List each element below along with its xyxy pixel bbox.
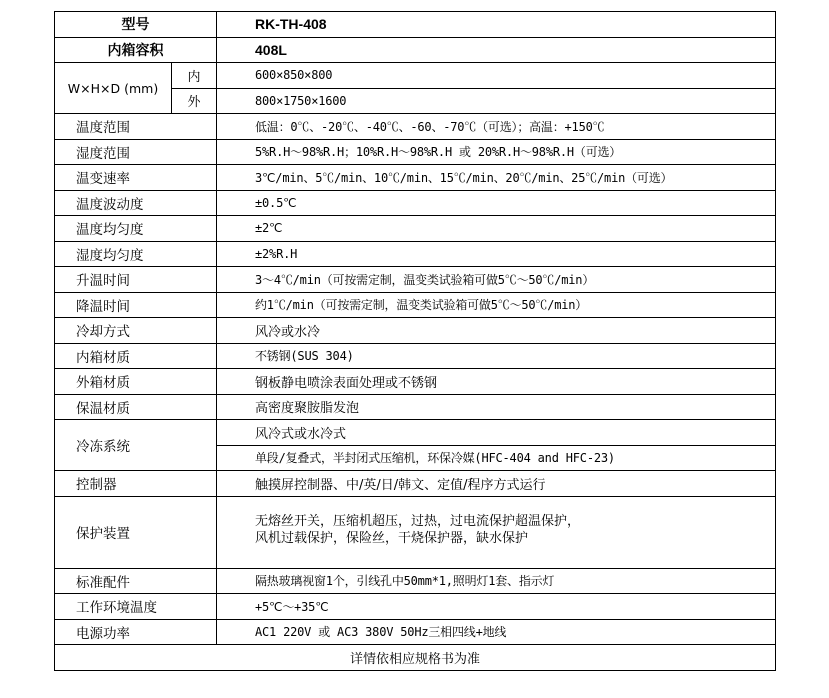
table-row: 标准配件 隔热玻璃视窗1个，引线孔中50mm*1,照明灯1套、指示灯 (55, 568, 776, 594)
table-row: 外箱材质 钢板静电喷涂表面处理或不锈钢 (55, 369, 776, 395)
row-label: 温度均匀度 (55, 216, 217, 242)
protection-label: 保护装置 (55, 496, 217, 568)
outer-label: 外 (172, 88, 217, 114)
controller-label: 控制器 (55, 471, 217, 497)
row-label: 工作环境温度 (55, 594, 217, 620)
table-row-model: 型号 RK-TH-408 (55, 12, 776, 38)
row-value: +5℃～+35℃ (217, 594, 776, 620)
row-value: 风冷或水冷 (217, 318, 776, 344)
table-row: 电源功率 AC1 220V 或 AC3 380V 50Hz三相四线+地线 (55, 619, 776, 645)
table-row: 保温材质 高密度聚胺脂发泡 (55, 394, 776, 420)
table-row: 温度范围 低温：0℃、-20℃、-40℃、-60、-70℃（可选）；高温：+15… (55, 114, 776, 140)
row-label: 冷却方式 (55, 318, 217, 344)
table-row: 温度均匀度 ±2℃ (55, 216, 776, 242)
inner-label: 内 (172, 63, 217, 89)
row-label: 温度范围 (55, 114, 217, 140)
table-row: 降温时间 约1℃/min（可按需定制，温变类试验箱可做5℃～50℃/min） (55, 292, 776, 318)
row-value: ±0.5℃ (217, 190, 776, 216)
table-row: 温度波动度 ±0.5℃ (55, 190, 776, 216)
row-value: 3～4℃/min（可按需定制，温变类试验箱可做5℃～50℃/min） (217, 267, 776, 293)
row-value: 3℃/min、5℃/min、10℃/min、15℃/min、20℃/min、25… (217, 165, 776, 191)
row-value: 5%R.H～98%R.H；10%R.H～98%R.H 或 20%R.H～98%R… (217, 139, 776, 165)
volume-value: 408L (217, 37, 776, 63)
refrigeration-value-2: 单段/复叠式，半封闭式压缩机，环保冷媒(HFC-404 and HFC-23) (217, 445, 776, 471)
dimensions-label: W×H×D (mm) (55, 63, 172, 114)
refrigeration-value-1: 风冷式或水冷式 (217, 420, 776, 446)
row-label: 标准配件 (55, 568, 217, 594)
protection-value: 无熔丝开关，压缩机超压，过热，过电流保护超温保护， 风机过载保护，保险丝，干烧保… (217, 496, 776, 568)
footer-note: 详情依相应规格书为准 (55, 645, 776, 671)
row-label: 湿度均匀度 (55, 241, 217, 267)
table-row: 工作环境温度 +5℃～+35℃ (55, 594, 776, 620)
table-row-volume: 内箱容积 408L (55, 37, 776, 63)
row-label: 升温时间 (55, 267, 217, 293)
table-row: 湿度范围 5%R.H～98%R.H；10%R.H～98%R.H 或 20%R.H… (55, 139, 776, 165)
table-row: 内箱材质 不锈钢(SUS 304) (55, 343, 776, 369)
row-value: ±2℃ (217, 216, 776, 242)
volume-label: 内箱容积 (55, 37, 217, 63)
table-row: 升温时间 3～4℃/min（可按需定制，温变类试验箱可做5℃～50℃/min） (55, 267, 776, 293)
row-label: 内箱材质 (55, 343, 217, 369)
row-value: 不锈钢(SUS 304) (217, 343, 776, 369)
row-label: 保温材质 (55, 394, 217, 420)
table-row-footer: 详情依相应规格书为准 (55, 645, 776, 671)
table-row-controller: 控制器 触摸屏控制器、中/英/日/韩文、定值/程序方式运行 (55, 471, 776, 497)
row-label: 电源功率 (55, 619, 217, 645)
row-value: AC1 220V 或 AC3 380V 50Hz三相四线+地线 (217, 619, 776, 645)
table-row: 湿度均匀度 ±2%R.H (55, 241, 776, 267)
row-value: ±2%R.H (217, 241, 776, 267)
row-label: 温度波动度 (55, 190, 217, 216)
table-row: 温变速率 3℃/min、5℃/min、10℃/min、15℃/min、20℃/m… (55, 165, 776, 191)
row-value: 隔热玻璃视窗1个，引线孔中50mm*1,照明灯1套、指示灯 (217, 568, 776, 594)
table-row-dimensions-inner: W×H×D (mm) 内 600×850×800 (55, 63, 776, 89)
model-label: 型号 (55, 12, 217, 38)
controller-value: 触摸屏控制器、中/英/日/韩文、定值/程序方式运行 (217, 471, 776, 497)
table-row-refrigeration-1: 冷冻系统 风冷式或水冷式 (55, 420, 776, 446)
row-label: 温变速率 (55, 165, 217, 191)
protection-line-1: 无熔丝开关，压缩机超压，过热，过电流保护超温保护， (255, 513, 775, 530)
row-value: 约1℃/min（可按需定制，温变类试验箱可做5℃～50℃/min） (217, 292, 776, 318)
row-value: 钢板静电喷涂表面处理或不锈钢 (217, 369, 776, 395)
spec-table: 型号 RK-TH-408 内箱容积 408L W×H×D (mm) 内 600×… (54, 11, 776, 671)
model-value: RK-TH-408 (217, 12, 776, 38)
row-value: 高密度聚胺脂发泡 (217, 394, 776, 420)
row-label: 降温时间 (55, 292, 217, 318)
row-value: 低温：0℃、-20℃、-40℃、-60、-70℃（可选）；高温：+150℃ (217, 114, 776, 140)
inner-dimensions-value: 600×850×800 (217, 63, 776, 89)
table-row: 冷却方式 风冷或水冷 (55, 318, 776, 344)
refrigeration-label: 冷冻系统 (55, 420, 217, 471)
table-row-protection: 保护装置 无熔丝开关，压缩机超压，过热，过电流保护超温保护， 风机过载保护，保险… (55, 496, 776, 568)
row-label: 外箱材质 (55, 369, 217, 395)
outer-dimensions-value: 800×1750×1600 (217, 88, 776, 114)
protection-line-2: 风机过载保护，保险丝，干烧保护器，缺水保护 (255, 530, 775, 547)
row-label: 湿度范围 (55, 139, 217, 165)
